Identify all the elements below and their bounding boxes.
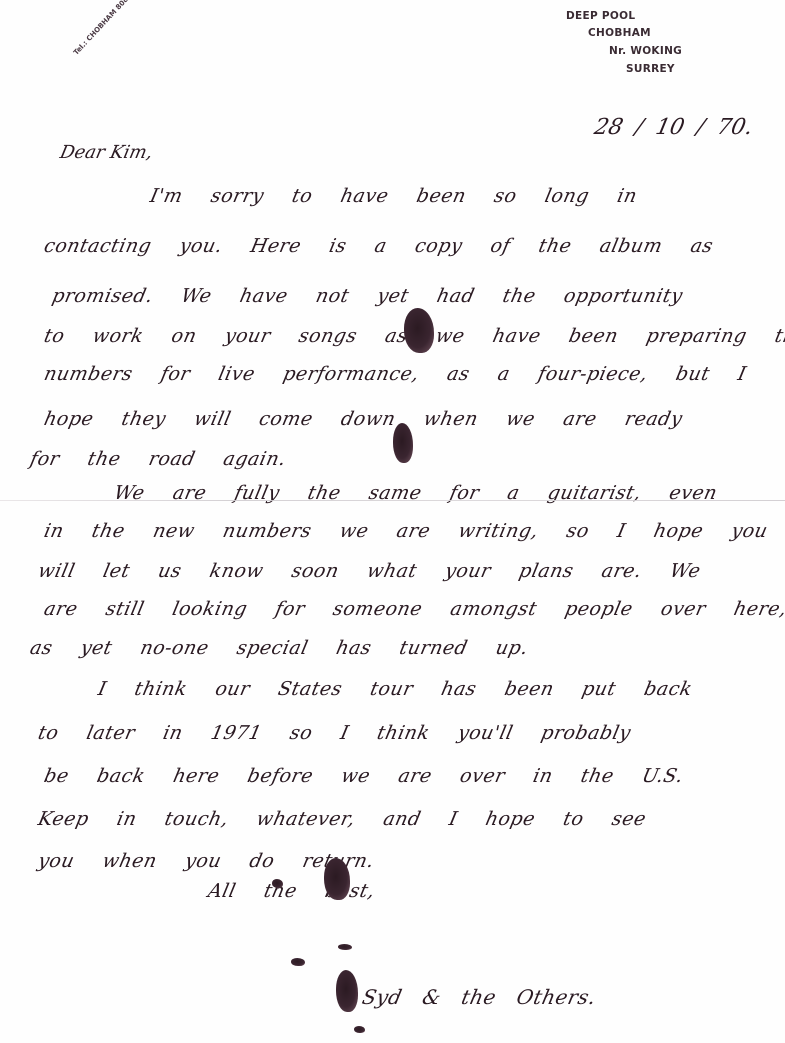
ink-blot (338, 944, 352, 950)
letter-body-line: are still looking for someone amongst pe… (42, 598, 785, 620)
ink-blot (354, 1026, 365, 1033)
letter-signature: Syd & the Others. (360, 985, 598, 1009)
letter-body-line: I think our States tour has been put bac… (96, 678, 694, 700)
letter-body-line: in the new numbers we are writing, so I … (42, 520, 770, 542)
ink-blot (272, 879, 283, 888)
letter-body-line: hope they will come down when we are rea… (42, 408, 685, 430)
letter-body-line: be back here before we are over in the U… (42, 765, 685, 787)
ink-blot (324, 858, 350, 900)
ink-blot (291, 958, 305, 966)
letter-body-line: will let us know soon what your plans ar… (36, 560, 703, 582)
letter-body-line: promised. We have not yet had the opport… (50, 285, 685, 307)
letter-closing: All the best, (206, 880, 377, 902)
letter-date: 28 / 10 / 70. (592, 115, 755, 140)
letter-page: Tel.: CHOBHAM 8084 DEEP POOL CHOBHAM Nr.… (0, 0, 785, 1043)
letter-body-line: I'm sorry to have been so long in (148, 185, 639, 207)
letter-body-line: numbers for live performance, as a four-… (42, 363, 749, 385)
letterhead-telephone: Tel.: CHOBHAM 8084 (72, 0, 133, 57)
letterhead-address-line-2: CHOBHAM (588, 27, 651, 39)
letter-body-line: for the road again. (28, 448, 288, 470)
letter-body-line: contacting you. Here is a copy of the al… (42, 235, 715, 257)
letter-body-line: to later in 1971 so I think you'll proba… (36, 722, 633, 744)
letterhead-address-line-1: DEEP POOL (566, 10, 635, 22)
letter-salutation: Dear Kim, (58, 142, 155, 163)
letterhead-address-line-3: Nr. WOKING (609, 45, 682, 57)
ink-blot (336, 970, 358, 1012)
letter-body-line: Keep in touch, whatever, and I hope to s… (36, 808, 648, 830)
letter-body-line: as yet no-one special has turned up. (28, 637, 530, 659)
ink-blot (393, 423, 413, 463)
ink-blot (404, 308, 434, 353)
paper-fold-line (0, 500, 785, 501)
letterhead-address-line-4: SURREY (626, 63, 675, 75)
